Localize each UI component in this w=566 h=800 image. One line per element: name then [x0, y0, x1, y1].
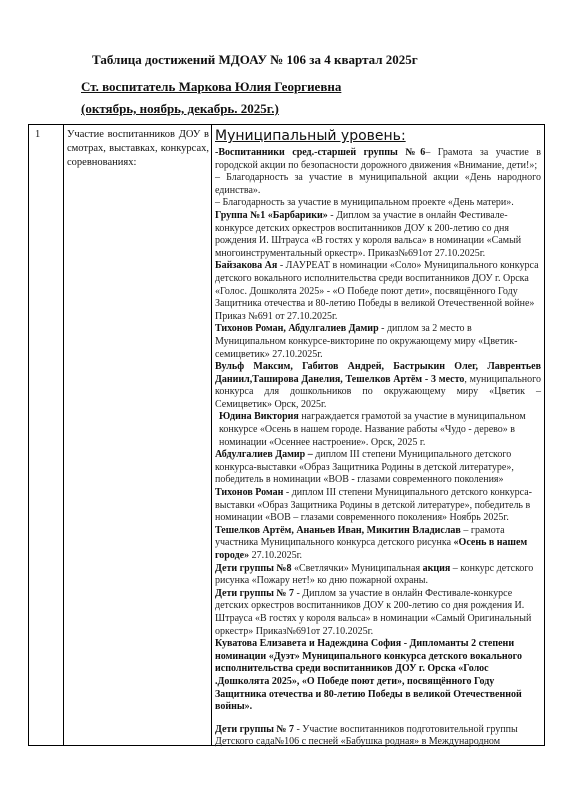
achievement-entry: Байзакова Ая - ЛАУРЕАТ в номинации «Соло…	[215, 260, 541, 323]
achievement-entry: Дети группы №8 «Светлячки» Муниципальная…	[215, 563, 541, 588]
document-title: Таблица достижений МДОАУ № 106 за 4 квар…	[92, 52, 418, 68]
achievement-entry: Вульф Максим, Габитов Андрей, Бастрыкин …	[215, 361, 541, 411]
entries-list: -Воспитанники сред.-старшей группы №6– Г…	[215, 147, 541, 749]
achievement-entry: Юдина Виктория награждается грамотой за …	[215, 411, 541, 449]
achievement-entry: Тешелков Артём, Ананьев Иван, Микитин Вл…	[215, 525, 541, 563]
achievement-entry: -Воспитанники сред.-старшей группы №6– Г…	[215, 147, 541, 172]
column-divider	[63, 125, 64, 745]
row-details: Муниципальный уровень: -Воспитанники сре…	[215, 127, 541, 749]
achievement-entry: Абдулгалиев Дамир – диплом III степени М…	[215, 449, 541, 487]
level-heading: Муниципальный уровень:	[215, 127, 541, 145]
row-category: Участие воспитанников ДОУ в смотрах, выс…	[67, 128, 209, 170]
column-divider	[211, 125, 212, 745]
achievement-entry: Дети группы № 7 - Участие воспитанников …	[215, 724, 541, 749]
achievement-entry: Группа №1 «Барбарики» - Диплом за участи…	[215, 210, 541, 260]
achievement-entry: – Благодарность за участие в муниципальн…	[215, 197, 541, 210]
period-line: (октябрь, ноябрь, декабрь. 2025г.)	[81, 101, 279, 117]
achievement-entry: – Благодарность за участие в муниципальн…	[215, 172, 541, 197]
achievement-entry: Тихонов Роман - диплом III степени Муниц…	[215, 487, 541, 525]
achievement-entry: Дети группы № 7 - Диплом за участие в он…	[215, 588, 541, 638]
achievement-entry: Тихонов Роман, Абдулгалиев Дамир - дипло…	[215, 323, 541, 361]
achievements-table: 1 Участие воспитанников ДОУ в смотрах, в…	[28, 124, 545, 746]
row-number: 1	[35, 129, 40, 140]
author-line: Ст. воспитатель Маркова Юлия Георгиевна	[81, 79, 341, 95]
achievement-entry: Куватова Елизавета и Надеждина София - Д…	[215, 638, 541, 714]
